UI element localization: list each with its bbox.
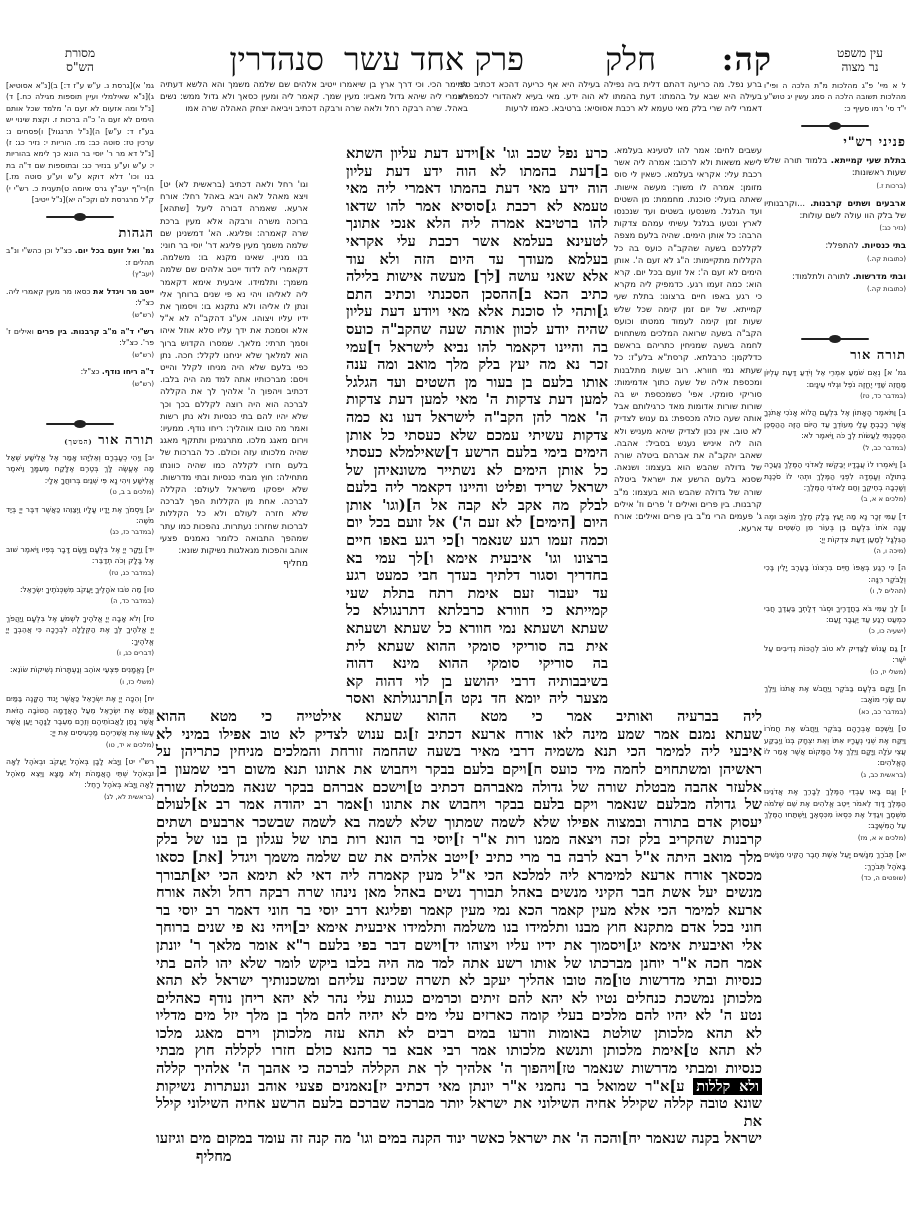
torah-or-verse: י] וְגַם בָּאוּ עַבְדֵי הַמֶּלֶךְ לְבָרֵ… (764, 786, 906, 844)
entry-head: ייטב מר ויגדל את (93, 287, 154, 296)
gemara-line: מצער ליה יומא חד נקט ה]תרנגולתא ואסר (346, 690, 608, 708)
gemara-catchword: מחליף (156, 1148, 762, 1166)
gemara-line: איבעי ליה למימר הכי תנא משמיה דרבי מאיר … (156, 743, 762, 761)
ein-mishpat-title: עין משפט נר מצוה (818, 46, 902, 74)
torah-or-verse: טו] מַה טֹּבוּ אֹהָלֶיךָ יַעֲקֹב מִשְׁכְ… (6, 584, 154, 608)
torah-or-verse: ט] וַיַּשְׁכֵּם אַבְרָהָם בַּבֹּקֶר וַיַ… (764, 723, 906, 781)
entry-head: בתי כנסיות. (861, 240, 906, 250)
torah-or-verse: יד] וַיָּקָר יְיָ אֶל בִּלְעָם וַיָּשֶׂם… (6, 544, 154, 579)
gemara-line: בה סוריקי סומקי ההוא מינא דהוה (346, 655, 608, 673)
gemara-line: שהיה יודע לכוון אותה שעה שהקב"ה כועס (346, 321, 608, 339)
gemara-line: טעמא לא רכבת ג]סוסיא אמר להו שדאו (346, 198, 608, 216)
gemara-line: אלי ואיבעית אימא יג]ויסמוך את ידיו עליו … (156, 937, 762, 955)
torah-or-verse: ב] וַתֹּאמֶר הָאָתוֹן אֶל בִּלְעָם הֲלוֹ… (764, 407, 906, 454)
entry-head: ארבעים ושתים קרבנות. (810, 198, 906, 208)
ornament-divider (6, 213, 154, 221)
gemara-line: ליה בברעיה ואותיב אמר כי מטא ההוא שעתא א… (156, 708, 762, 726)
verse-text: ג] וַיֹּאמְרוּ לוֹ עֲבָדָיו יְבַקְשׁוּ ל… (764, 460, 906, 492)
verse-source: (מלכים א א, מז) (764, 833, 906, 844)
torah-or-verse: יב] וַיְהִי כְעָבְרָם וְאֵלִיָּהוּ אָמַר… (6, 452, 154, 499)
verse-text: ז] גַּם עֲנוֹשׁ לַצַּדִּיק לֹא טוֹב לְהַ… (764, 644, 906, 664)
gemara-line: של גדולה מבלעם שנאמר ויקם בלעם בבקר ויחב… (156, 796, 762, 814)
gemara-line: חוני בכל אדם מתקנא חוץ מבנו ותלמידו בנו … (156, 919, 762, 937)
gemara-line: מנשים יעל אשת חבר הקיני מנשים באהל תבורך… (156, 884, 762, 902)
mesoret-notes: גמ' א)[גרסת נ. ע"ש ע"ז ד:] ב)[נ"א אסוטיא… (6, 80, 154, 205)
entry-head: ובתי מדרשות. (853, 271, 906, 281)
gemara-line: נטע ה' לא יהיו להם מלכים בעלי קומה כארזי… (156, 1007, 762, 1025)
torah-or-verse: יז] נֶאֱמָנִים פִּצְעֵי אוֹהֵב וְנַעְתָּ… (6, 664, 154, 688)
verse-source: (תהלים ל, ו) (764, 586, 906, 597)
verse-text: ט] וַיַּשְׁכֵּם אַבְרָהָם בַּבֹּקֶר וַיַ… (764, 724, 906, 767)
verse-source: (מלכים א א, ב) (764, 494, 906, 505)
ein-mishpat-column: ל א מיי' פ"ג מהלכות מ"ת הלכה ה ופי"ו מהל… (764, 80, 906, 890)
torah-or-cont-label: תורה אור (98, 433, 154, 448)
entry-body: לתורה ולתלמוד: (792, 271, 850, 281)
verse-source: (במדבר כב, ל) (764, 443, 906, 454)
torah-or-verse: ז] גַּם עֲנוֹשׁ לַצַּדִּיק לֹא טוֹב לְהַ… (764, 643, 906, 678)
torah-or-list: גמ' א] נְאֻם שֹׁמֵעַ אִמְרֵי אֵל וְיֹדֵע… (764, 367, 906, 884)
gemara-line: וכמה זעמו רגע שנאמר ו]כי רגע באפו חיים (346, 532, 608, 550)
verse-source: (במדבר כד, טז) (764, 391, 906, 402)
hagahot-entry: גמ' ואל זועם בכל יום. כצ"ל וכן כהש"י ונ"… (6, 245, 154, 280)
gemara-line: בשיבבותיה דרבי יהושע בן לוי דהוה קא (346, 673, 608, 691)
gemara-line: לטעינא בעלמא אשר רכבת עלי אקראי (346, 233, 608, 251)
verse-text: ח] וַיָּקָם בִּלְעָם בַּבֹּקֶר וַיַּחֲבֹ… (764, 684, 906, 704)
ein-mishpat-note: ל א מיי' פ"ג מהלכות מ"ת הלכה ה ופי"ו מהל… (764, 80, 906, 114)
page-header: עין משפט נר מצוה קה: חלק פרק אחד עשר סנה… (0, 40, 914, 80)
gemara-line: אמר חכה א"ר יוחנן מברכתו של אותו רשע אתה… (156, 955, 762, 973)
verse-source: (בראשית כב, ג) (764, 770, 906, 781)
page-number: קה: (722, 40, 772, 78)
verse-text: ו] לֵךְ עַמִּי בֹּא בַחֲדָרֶיךָ וּסְגֹר … (764, 604, 906, 624)
tractate-name: סנהדרין (229, 40, 324, 78)
tosafot-top: למימר הכי. וכי דרך ארץ בן שיאמרו ייטיב א… (160, 78, 468, 115)
gemara-line: ג]ותהי לו סוכנת אלא מאי ויודע דעת עליון (346, 303, 608, 321)
gemara-line: עד יעבור זעם אימת רתח בתלת שעי (346, 585, 608, 603)
gemara-line: ב]דעת בהמתו לא הוה ידע דעת עליון (346, 163, 608, 181)
gemara-line: מלכותן נמשכת כנחלים נטיו לא יהא להם זיתי… (156, 990, 762, 1008)
tosafot-catchword: מחליף (160, 558, 308, 570)
gemara-line: יעסוק אדם בתורה ובמצוה אפילו שלא לשמה שמ… (156, 814, 762, 832)
gemara-line-text: ע]א"ר שמואל בר נחמני א"ר יונתן מאי דכתיב… (156, 1078, 685, 1095)
mesoret-column: גמ' א)[גרסת נ. ע"ש ע"ז ד:] ב)[נ"א אסוטיא… (6, 80, 154, 808)
gemara-line: להו ברטיבא אמרה ליה הלא אנכי אתונך (346, 215, 608, 233)
entry-source: (יעב"ץ) (6, 269, 154, 280)
torah-or-cont-list: יב] וַיְהִי כְעָבְרָם וְאֵלִיָּהוּ אָמַר… (6, 452, 154, 803)
verse-text: ה] כִּי רֶגַע בְּאַפּוֹ חַיִּים בִּרְצוֹ… (764, 563, 906, 583)
gemara-line: ישראל בקנה שנאמר יח]והכה ה' את ישראל כאש… (156, 1130, 762, 1148)
verse-text: יח] וְהִכָּה יְיָ אֶת יִשְׂרָאֵל כַּאֲשֶ… (6, 694, 154, 737)
torah-or-title: תורה אור (764, 347, 906, 363)
torah-or-verse: ה] כִּי רֶגַע בְּאַפּוֹ חַיִּים בִּרְצוֹ… (764, 562, 906, 597)
entry-head: רש"י ד"ה מ"ב קרבנות. בין פרים (37, 327, 154, 336)
verse-text: י] וְגַם בָּאוּ עַבְדֵי הַמֶּלֶךְ לְבָרֵ… (764, 787, 906, 830)
gemara-line: אותו בלעם בן בעור מן השטים ועד הגלגל (346, 374, 608, 392)
verse-text: יא] תְּבֹרַךְ מִנָּשִׁים יָעֵל אֵשֶׁת חֶ… (764, 850, 906, 870)
tosafot-commentary: וגו' רחל ולאה דכתיב (בראשית לא) יט] ויצא… (160, 178, 308, 571)
gemara-line: זכר נא מה יעץ בלק מלך מואב ומה ענה (346, 356, 608, 374)
rashi-top: ברע נפל. מה כריעה דהתם דלית ביה נפילה בע… (458, 78, 762, 115)
pninei-rashi-entry: ובתי מדרשות. לתורה ולתלמוד:(כתובות קה.) (764, 270, 906, 295)
ornament-divider (6, 420, 154, 428)
gemara-line: קרבנות שהקריב בלק זכה ויצאה ממנו רות א"ר… (156, 831, 762, 849)
gemara-line: כנסיות ומבתי מדרשות שנאמר טז]ויהפוך ה' א… (156, 1060, 762, 1078)
gemara-line: ישראל שריד ופליט והיינו דקאמר ליה בלעם (346, 479, 608, 497)
verse-source: (במדבר כז, כג) (6, 527, 154, 538)
torah-or-verse: ו] לֵךְ עַמִּי בֹּא בַחֲדָרֶיךָ וּסְגֹר … (764, 603, 906, 638)
torah-or-verse: יג] וַיִּסְמֹךְ אֶת יָדָיו עָלָיו וַיְצַ… (6, 504, 154, 539)
entry-source: (ברכות ז.) (764, 180, 906, 192)
gemara-line: קמייתא כי חוורא כרבלתא דתרנגולא כל (346, 602, 608, 620)
torah-or-verse: ג] וַיֹּאמְרוּ לוֹ עֲבָדָיו יְבַקְשׁוּ ל… (764, 459, 906, 506)
gemara-line: ברצונו וגו' איבעית אימא ו]לך עמי בא (346, 550, 608, 568)
pninei-rashi-title: פניני רש"י (764, 134, 906, 150)
torah-or-verse: יח] וְהִכָּה יְיָ אֶת יִשְׂרָאֵל כַּאֲשֶ… (6, 693, 154, 751)
entry-body: כצ"ל: (81, 367, 100, 376)
torah-or-verse: יא] תְּבֹרַךְ מִנָּשִׁים יָעֵל אֵשֶׁת חֶ… (764, 849, 906, 884)
gemara-line: בה והיינו דקאמר להו נביא לישראל ד]עמי (346, 339, 608, 357)
hagahot-title: הגהות (6, 225, 154, 241)
pninei-rashi-entry: בתלת שעי קמייתא. בלמוד תורה שלש שעות ראש… (764, 154, 906, 192)
verse-text: ב] וַתֹּאמֶר הָאָתוֹן אֶל בִּלְעָם הֲלוֹ… (764, 408, 906, 440)
entry-source: (נזיר כג:) (764, 222, 906, 234)
verse-text: ד] עַמִּי זְכָר נָא מַה יָּעַץ בָּלָק מֶ… (764, 512, 906, 544)
gemara-line: כנסיות ובתי מדרשות טו]מה טובו אהליך יעקב… (156, 972, 762, 990)
gemara-line: לבלק מה אקב לא קבה אל ה](וגו' אותן (346, 497, 608, 515)
verse-source: (דברים כג, ו) (6, 648, 154, 659)
entry-body: להתפלל: (825, 240, 858, 250)
gemara-line: למען דעת צדקות ה' מאי למען דעת צדקות (346, 391, 608, 409)
gemara-line: ה' אמר להן הקב"ה לישראל דעו נא כמה (346, 409, 608, 427)
verse-source: (משלי יז, כו) (764, 667, 906, 678)
gemara-line: כתיב הכא ב]ההסכן הסכנתי וכתיב התם (346, 286, 608, 304)
torah-or-verse: טז] וְלֹא אָבָה יְיָ אֱלֹהֶיךָ לִשְׁמֹעַ… (6, 613, 154, 660)
verse-text: יב] וַיְהִי כְעָבְרָם וְאֵלִיָּהוּ אָמַר… (6, 453, 154, 485)
gemara-line: כל אותן הימים לא נשתייר משונאיהן של (346, 462, 608, 480)
gemara-line: ולא קללות ע]א"ר שמואל בר נחמני א"ר יונתן… (156, 1078, 762, 1096)
gemara-line: הוה ידע מאי דעת בהמתו דאמרי ליה מאי (346, 180, 608, 198)
gemara-line: כרע נפל שכב וגו' א]וידע דעת עליון השתא (346, 145, 608, 163)
entry-source: (רש"ש) (6, 379, 154, 390)
torah-or-cont-note: (המשך) (64, 438, 93, 446)
gemara-line: אלא שאני עושה [לך] מעשה אישות בלילה (346, 268, 608, 286)
tosafot-text: וגו' רחל ולאה דכתיב (בראשית לא) יט] ויצא… (160, 179, 308, 555)
chapter-number: פרק אחד עשר (344, 40, 524, 78)
verse-text: יג] וַיִּסְמֹךְ אֶת יָדָיו עָלָיו וַיְצַ… (6, 505, 154, 525)
gemara-wide: שעתא נמנם אמר שמע מינה לאו אורח ארעא דכת… (156, 726, 762, 1166)
gemara-line: שונא טובה קללה שקילל אחיה השילוני את ישר… (156, 1095, 762, 1130)
gemara-line: שעתא ושעתא נמי חוורא כל שעתא ושעתא (346, 620, 608, 638)
verse-source: (מלכים ב ב, ט) (6, 487, 154, 498)
gemara-line: מכסאך אורח ארעא למימרא ליה למלכא הכי א"ל… (156, 867, 762, 885)
gemara-line: אלעזר אהבה מבטלת שורה של גדולה מאברהם דכ… (156, 779, 762, 797)
torah-or-verse: ח] וַיָּקָם בִּלְעָם בַּבֹּקֶר וַיַּחֲבֹ… (764, 683, 906, 718)
torah-or-cont-title: תורה אור (המשך) (6, 432, 154, 448)
gemara-line: היום [הימים] לא זעם ה') אל זועם בכל יום (346, 514, 608, 532)
pninei-rashi-list: בתלת שעי קמייתא. בלמוד תורה שלש שעות ראש… (764, 154, 906, 295)
gemara-line: שעתא נמנם אמר שמע מינה לאו אורח ארעא דכת… (156, 726, 762, 744)
torah-or-verse: ד] עַמִּי זְכָר נָא מַה יָּעַץ בָּלָק מֶ… (764, 511, 906, 558)
verse-text: גמ' א] נְאֻם שֹׁמֵעַ אִמְרֵי אֵל וְיֹדֵע… (764, 368, 906, 388)
gemara-line: מלך מואב היתה א"ל רבא לרבה בר מרי כתיב י… (156, 849, 762, 867)
ornament-divider (764, 122, 906, 130)
highlighted-phrase: ולא קללות (693, 1078, 762, 1095)
gemara-line: ארעא למימר הכי אלא מעין קאמר הכא נמי מעי… (156, 902, 762, 920)
verse-text: רש"י יט] וַיָּבֹא לָבָן בְּאֹהֶל יַעֲקֹב… (6, 757, 154, 789)
hagahot-entry: רש"י ד"ה מ"ב קרבנות. בין פרים ואילים ז' … (6, 326, 154, 361)
verse-source: (במדבר כד, ה) (6, 596, 154, 607)
entry-head: גמ' ואל זועם בכל יום. (75, 246, 154, 255)
hagahot-list: גמ' ואל זועם בכל יום. כצ"ל וכן כהש"י ונ"… (6, 245, 154, 389)
gemara-line: אית בה סוריקי סומקי ההוא שעתא לית (346, 638, 608, 656)
gemara-line: ראשיהן ומשתחוים לחמה מיד כועס ח]ויקם בלע… (156, 761, 762, 779)
entry-head: בתלת שעי קמייתא. (831, 155, 906, 165)
gemara-line: הימים בימי בלעם הרשע ד]שאילמלא כעסתי (346, 444, 608, 462)
entry-source: (רש"ש) (6, 350, 154, 361)
torah-or-verse: רש"י יט] וַיָּבֹא לָבָן בְּאֹהֶל יַעֲקֹב… (6, 756, 154, 803)
rashi-commentary: עשבים לחים: אמר להו לטעינא בעלמא. לישא מ… (614, 144, 762, 535)
verse-source: (בראשית לא, לג) (6, 792, 154, 803)
gemara-line: בעלמא מעודך עד היום הזה ולא עוד (346, 251, 608, 269)
ornament-divider (764, 335, 906, 343)
torah-or-verse: גמ' א] נְאֻם שֹׁמֵעַ אִמְרֵי אֵל וְיֹדֵע… (764, 367, 906, 402)
verse-text: יד] וַיָּקָר יְיָ אֶל בִּלְעָם וַיָּשֶׂם… (6, 545, 154, 565)
hagahot-entry: ייטב מר ויגדל את כסאו מר מעין קאמרי ליה.… (6, 286, 154, 321)
mesoret-title: מסורת הש"ס (40, 46, 120, 74)
verse-source: (ישעיה כו, כ) (764, 626, 906, 637)
entry-source: (כתובות קה.) (764, 253, 906, 265)
pninei-rashi-entry: בתי כנסיות. להתפלל:(כתובות קה.) (764, 239, 906, 264)
verse-text: יז] נֶאֱמָנִים פִּצְעֵי אוֹהֵב וְנַעְתָּ… (10, 665, 154, 674)
verse-source: (במדבר כב, כא) (764, 707, 906, 718)
verse-text: טו] מַה טֹּבוּ אֹהָלֶיךָ יַעֲקֹב מִשְׁכְ… (20, 585, 154, 594)
gemara-inner: כרע נפל שכב וגו' א]וידע דעת עליון השתאב]… (346, 145, 608, 726)
gemara-line: לא תהא מלכותן שולטת באומות וזרעו במים רב… (156, 1025, 762, 1043)
entry-head: ד"ה ריחו נודף. (102, 367, 154, 376)
chapter-name: חלק (605, 40, 656, 78)
hagahot-entry: ד"ה ריחו נודף. כצ"ל:(רש"ש) (6, 366, 154, 390)
verse-source: (במדבר כג, טז) (6, 568, 154, 579)
gemara-line: בחדריך וסגור דלתיך בעדך חבי כמעט רגע (346, 567, 608, 585)
verse-source: (שופטים ה, כד) (764, 873, 906, 884)
gemara-line: לא תהא ט]אימת מלכותן ותנשא מלכותו אמר רב… (156, 1042, 762, 1060)
gemara-line: צדקות עשיתי עמכם שלא כעסתי כל אותן (346, 427, 608, 445)
verse-source: (מלכים א יד, טו) (6, 740, 154, 751)
pninei-rashi-entry: ארבעים ושתים קרבנות. ...וקרבנותיו של בלק… (764, 197, 906, 235)
verse-source: (משלי כז, ו) (6, 677, 154, 688)
entry-source: (כתובות קה.) (764, 283, 906, 295)
entry-source: (רש"ש) (6, 310, 154, 321)
verse-source: (מיכה ו, ה) (764, 546, 906, 557)
verse-text: טז] וְלֹא אָבָה יְיָ אֱלֹהֶיךָ לִשְׁמֹעַ… (6, 614, 154, 646)
